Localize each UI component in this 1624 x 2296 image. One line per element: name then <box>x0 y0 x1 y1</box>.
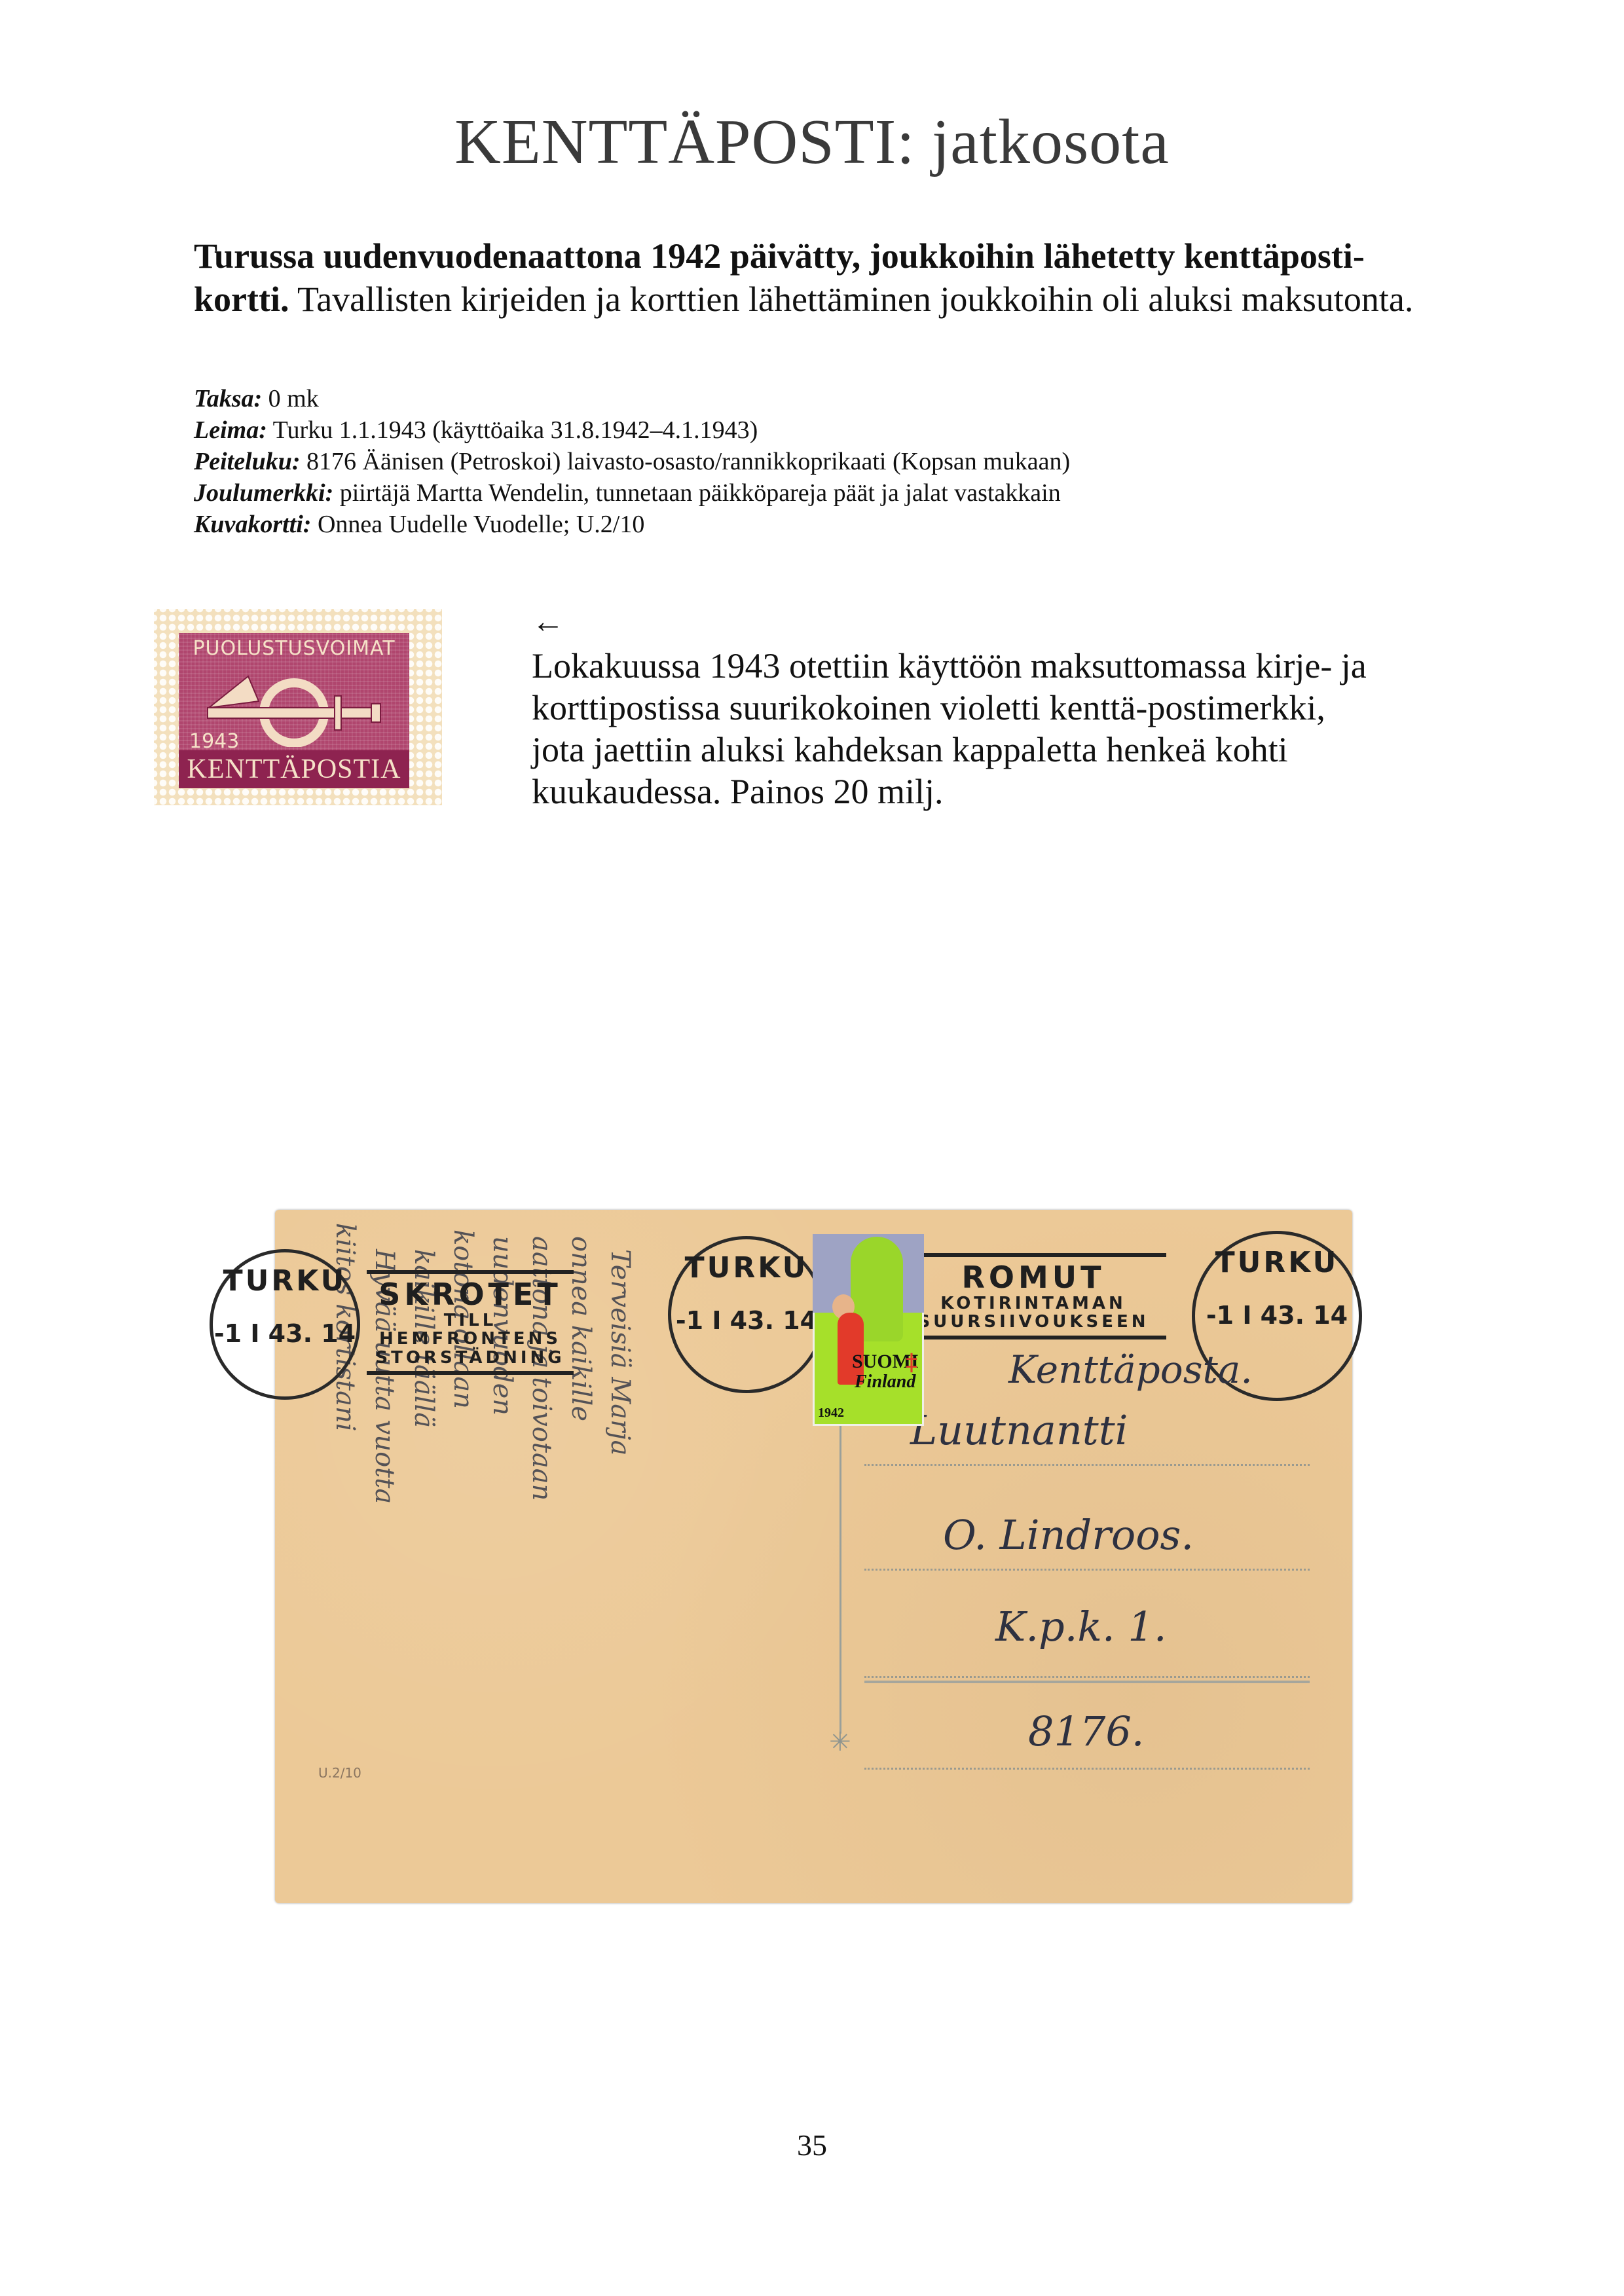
detail-peiteluku: Peiteluku: 8176 Äänisen (Petroskoi) laiv… <box>194 446 1373 477</box>
stamp-top-text: PUOLUSTUSVOIMAT <box>179 637 409 660</box>
left-arrow-icon: ← <box>532 602 564 640</box>
address-name: O. Lindroos. <box>943 1511 1194 1559</box>
lorraine-cross-icon: ‡ <box>906 1349 917 1376</box>
detail-taksa: Taksa: 0 mk <box>194 383 1373 414</box>
slogan-cancel-swedish: SKROTET TILL HEMFRONTENS STORSTÄDNING <box>367 1270 574 1375</box>
stamp-bottom-text: KENTTÄPOSTIA <box>179 750 409 788</box>
page-title: KENTTÄPOSTI: jatkosota <box>0 110 1624 174</box>
intro-text: Tavallisten kirjeiden ja korttien lähett… <box>289 280 1413 319</box>
handwritten-service: Kenttäposta. <box>1008 1347 1253 1392</box>
postmark-left: TURKU -1 I 43. 14 <box>210 1249 360 1400</box>
address-rank: Luutnantti <box>910 1406 1128 1454</box>
postmark-middle: TURKU -1 I 43. 14 <box>668 1236 825 1393</box>
detail-kuvakortti: Kuvakortti: Onnea Uudelle Vuodelle; U.2/… <box>194 509 1373 540</box>
stamp-year: 1943 <box>189 730 239 753</box>
christmas-seal: SUOMI Finland ‡ 1942 <box>813 1234 924 1426</box>
detail-leima: Leima: Turku 1.1.1943 (käyttöaika 31.8.1… <box>194 414 1373 446</box>
address-line <box>864 1464 1310 1466</box>
details-list: Taksa: 0 mk Leima: Turku 1.1.1943 (käytt… <box>194 383 1373 540</box>
catalog-mark: U.2/10 <box>318 1765 361 1781</box>
address-line <box>864 1768 1310 1770</box>
intro-paragraph: Turussa uudenvuodenaattona 1942 päivätty… <box>194 234 1425 321</box>
star-ornament-icon: ✳ <box>829 1727 851 1757</box>
slogan-cancel-finnish: ROMUT KOTIRINTAMAN SUURSIIVOUKSEEN <box>900 1253 1166 1339</box>
address-number: 8176. <box>1028 1707 1145 1755</box>
address-line <box>864 1676 1310 1678</box>
page-number: 35 <box>0 2128 1624 2162</box>
message-line: Terveisiä Marja <box>605 1249 635 1456</box>
stamp-caption: Lokakuussa 1943 otettiin käyttöön maksut… <box>532 645 1383 812</box>
detail-joulumerkki: Joulumerkki: piirtäjä Martta Wendelin, t… <box>194 477 1373 509</box>
kenttaposti-stamp-image: PUOLUSTUSVOIMAT 1943 KENTTÄPOSTIA <box>154 609 442 805</box>
address-line <box>864 1569 1310 1571</box>
stamp-face: PUOLUSTUSVOIMAT 1943 KENTTÄPOSTIA <box>179 633 409 788</box>
address-unit: K.p.k. 1. <box>995 1603 1167 1650</box>
